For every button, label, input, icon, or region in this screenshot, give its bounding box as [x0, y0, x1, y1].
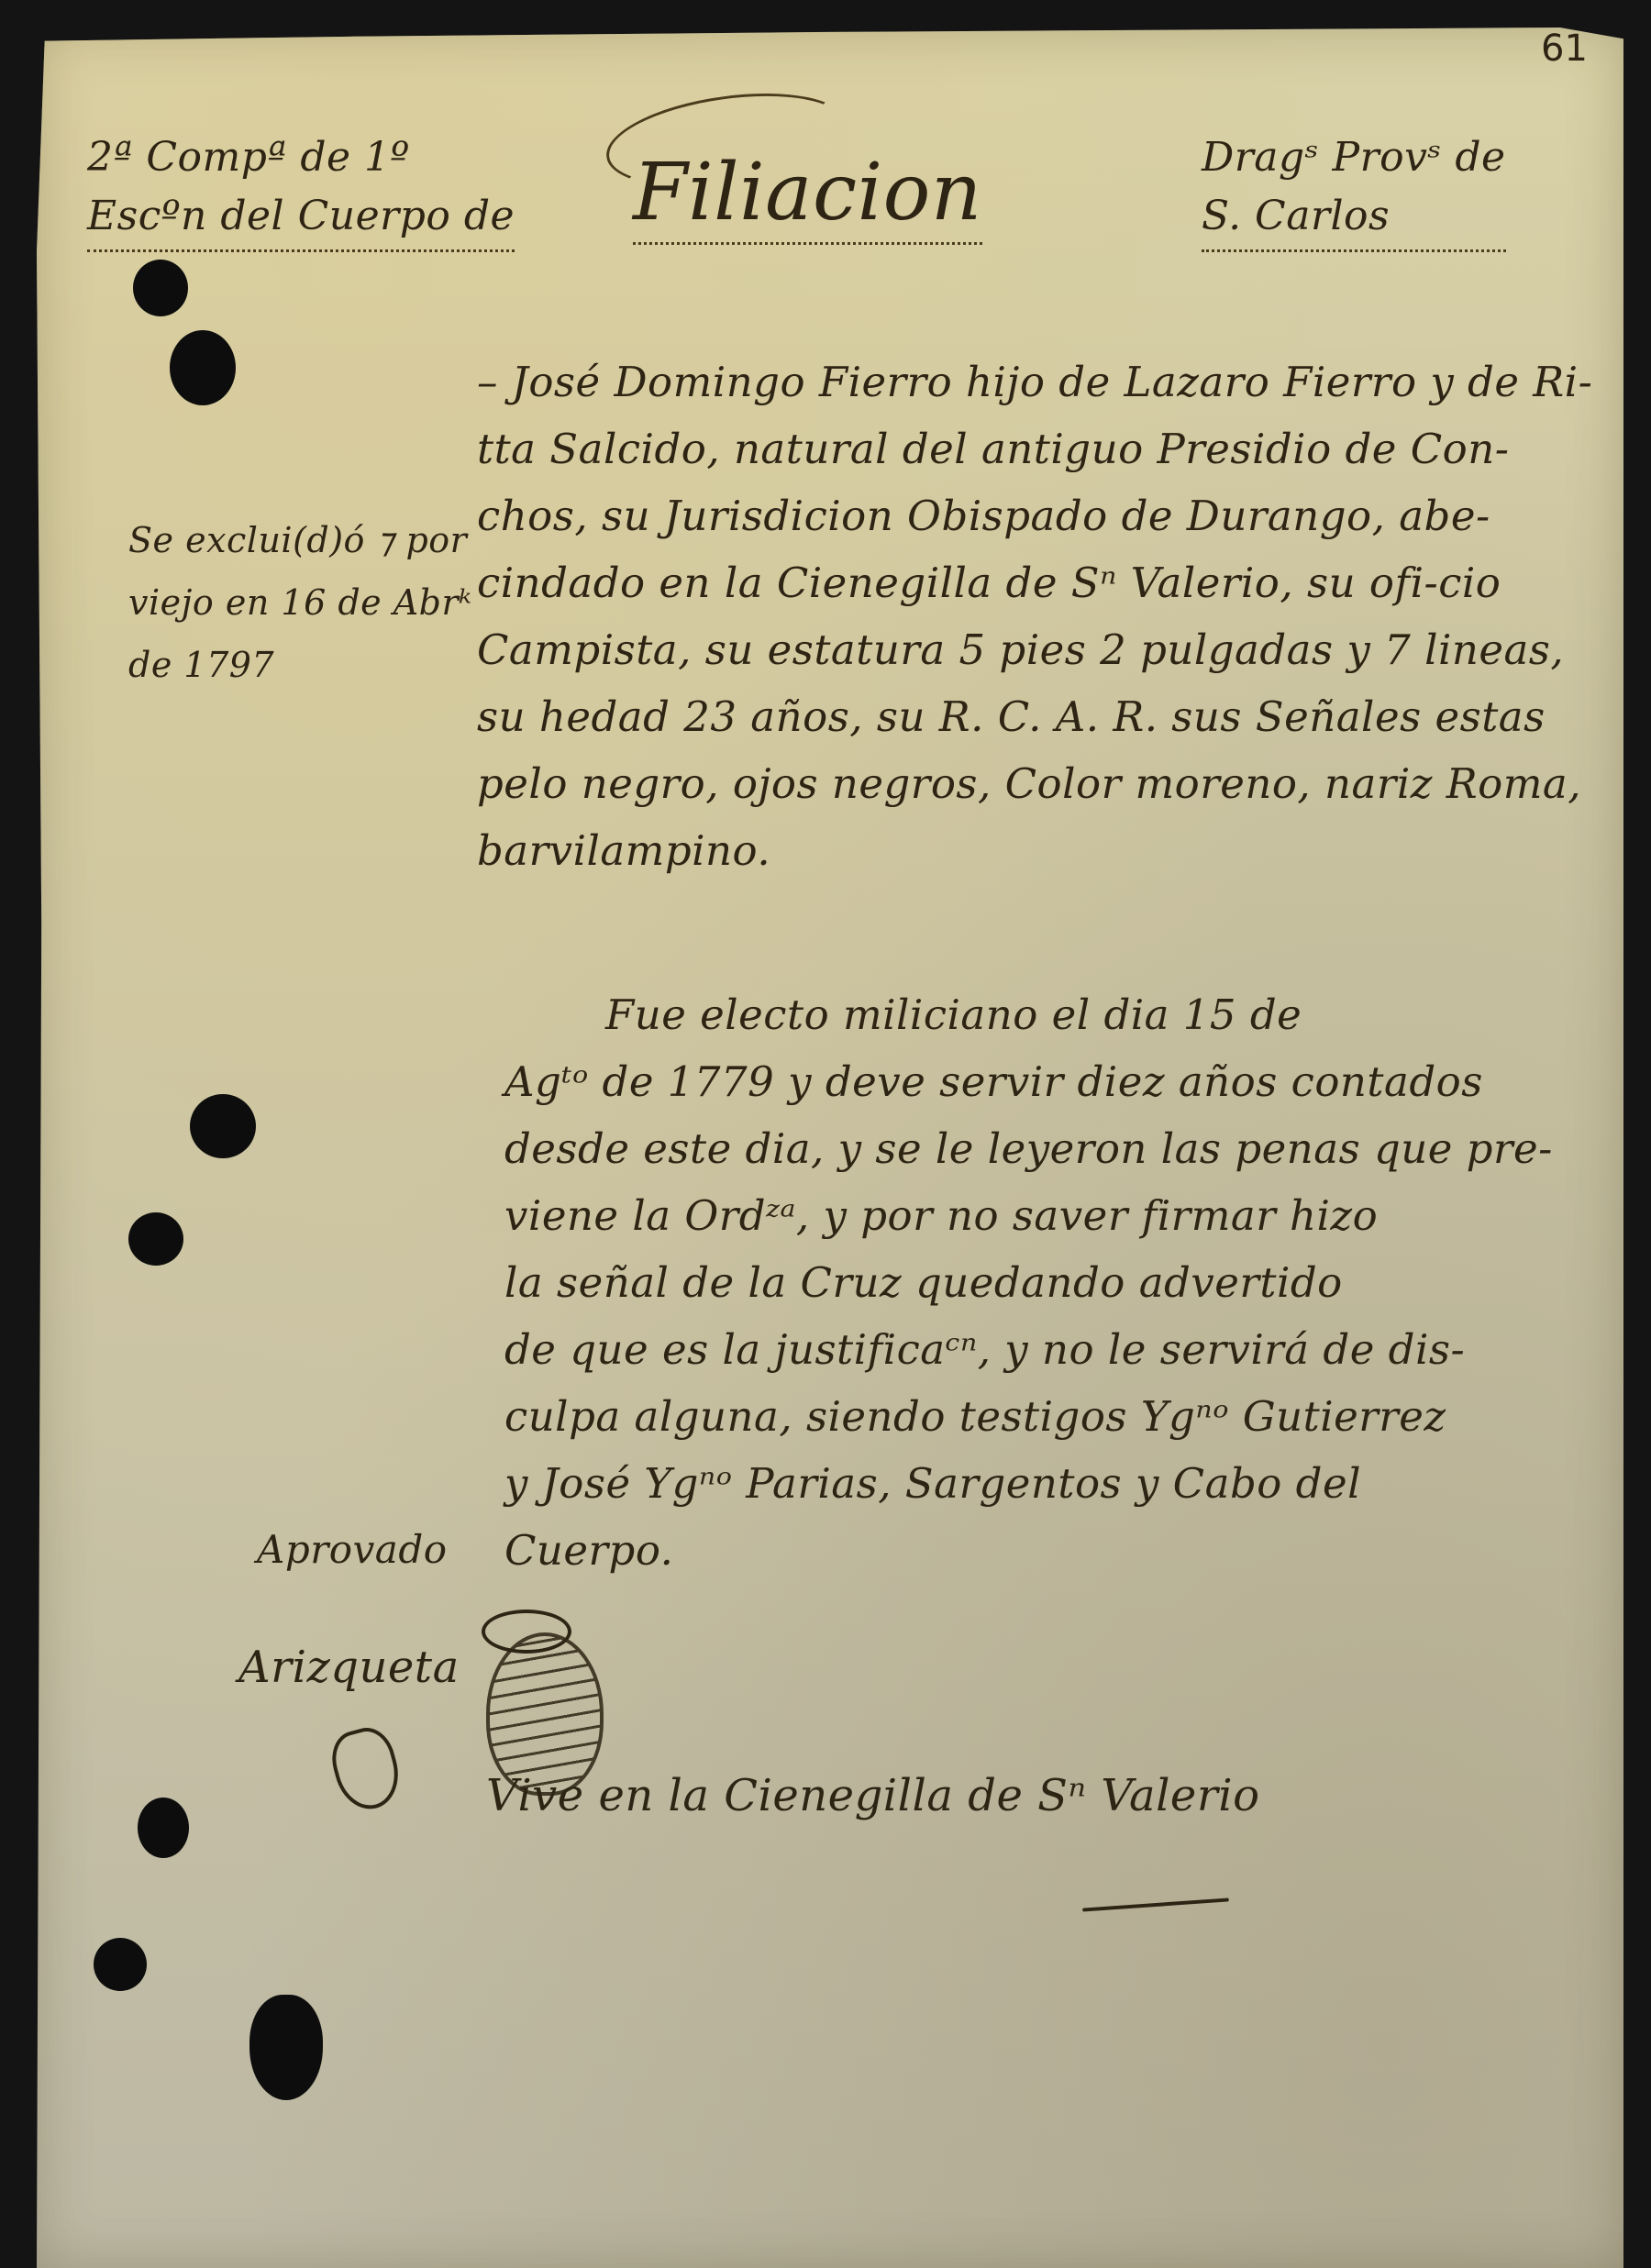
approval-note: Aprovado [257, 1527, 448, 1572]
text-line: de que es la justificaᶜⁿ, y no le servir… [504, 1316, 1553, 1383]
filiation-paragraph-2: Fue electo miliciano el dia 15 de Agᵗᵒ d… [504, 981, 1553, 1584]
residence-note: Vive en la Cienegilla de Sⁿ Valerio [486, 1770, 1260, 1821]
binding-hole [138, 1798, 189, 1858]
folio-number: 61 [1541, 28, 1588, 70]
regiment-heading: Dragˢ Provˢ de S. Carlos [1202, 128, 1506, 252]
regiment-heading-line-2: S. Carlos [1202, 187, 1506, 252]
text-line: desde este dia, y se le leyeron las pena… [504, 1115, 1553, 1182]
binding-hole [94, 1938, 147, 1991]
document-title: Filiacion [633, 147, 982, 245]
margin-note-line: Se exclui(d)ó ⁊ por [128, 509, 472, 571]
margin-note: Se exclui(d)ó ⁊ por viejo en 16 de Abrᵏ … [128, 509, 472, 696]
company-heading-line-1: 2ª Compª de 1º [87, 128, 515, 187]
binding-hole [133, 260, 188, 316]
text-line: Agᵗᵒ de 1779 y deve servir diez años con… [504, 1048, 1553, 1115]
regiment-heading-line-1: Dragˢ Provˢ de [1202, 128, 1506, 187]
margin-note-line: viejo en 16 de Abrᵏ [128, 571, 472, 634]
binding-hole [190, 1094, 256, 1158]
text-line: Campista, su estatura 5 pies 2 pulgadas … [477, 616, 1592, 683]
text-line: su hedad 23 años, su R. C. A. R. sus Señ… [477, 683, 1592, 750]
text-line: barvilampino. [477, 817, 1592, 884]
text-line: y José Ygⁿᵒ Parias, Sargentos y Cabo del [504, 1450, 1553, 1517]
company-heading-line-2: Escºn del Cuerpo de [87, 187, 515, 252]
margin-note-line: de 1797 [128, 634, 472, 696]
text-line: viene la Ordᶻᵃ, y por no saver firmar hi… [504, 1182, 1553, 1249]
text-line: tta Salcido, natural del antiguo Presidi… [477, 415, 1592, 482]
binding-hole [128, 1212, 183, 1266]
filiation-paragraph-1: – José Domingo Fierro hijo de Lazaro Fie… [477, 348, 1592, 884]
text-line: chos, su Jurisdicion Obispado de Durango… [477, 482, 1592, 549]
binding-hole [249, 1995, 323, 2100]
text-line: Fue electo miliciano el dia 15 de [504, 981, 1553, 1048]
officer-signature: Arizqueta [238, 1642, 460, 1693]
text-line: la señal de la Cruz quedando advertido [504, 1249, 1553, 1316]
text-line: cindado en la Cienegilla de Sⁿ Valerio, … [477, 549, 1592, 616]
text-line: – José Domingo Fierro hijo de Lazaro Fie… [477, 348, 1592, 415]
company-heading: 2ª Compª de 1º Escºn del Cuerpo de [87, 128, 515, 252]
binding-hole [170, 330, 236, 405]
text-line: pelo negro, ojos negros, Color moreno, n… [477, 750, 1592, 817]
text-line: culpa alguna, siendo testigos Ygⁿᵒ Gutie… [504, 1383, 1553, 1450]
text-line: Cuerpo. [504, 1517, 1553, 1584]
